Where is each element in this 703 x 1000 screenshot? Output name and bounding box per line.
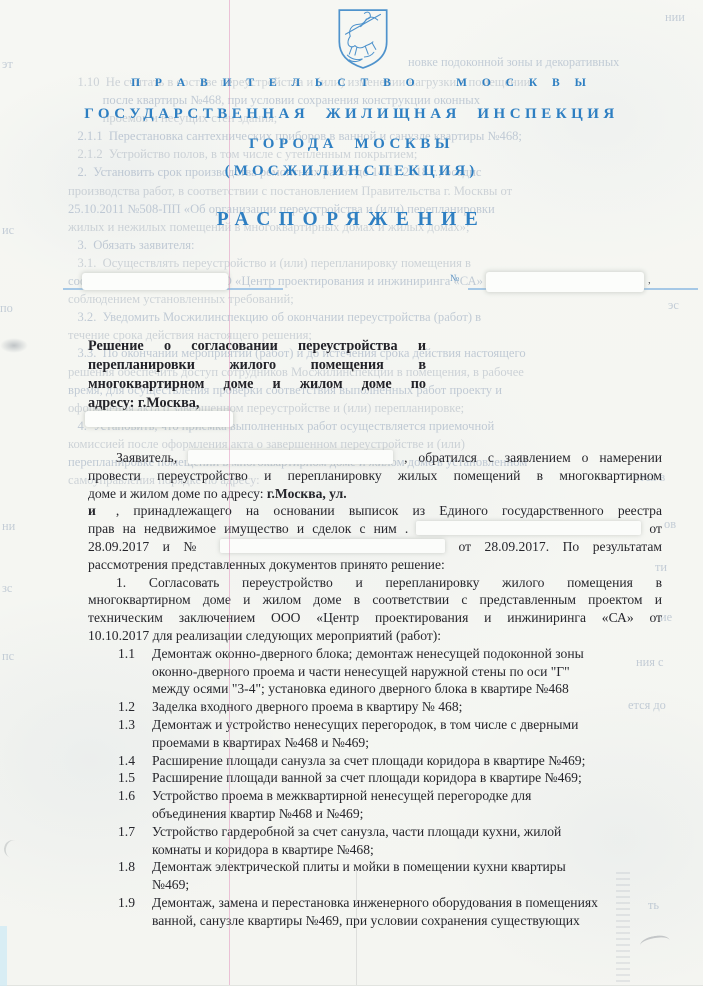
text-segment: техническим заключением ООО «Центр проек… <box>88 610 662 625</box>
redaction-registry-number <box>220 539 445 553</box>
text-segment: прав на недвижимое имущество и сделок с … <box>88 521 408 536</box>
text-segment: от 28.09.2017. По результатам <box>459 539 663 554</box>
list-item-number: 1.8 <box>118 858 152 894</box>
redaction-applicant-name <box>188 450 393 464</box>
subject-line: многоквартирном доме и жилом доме по <box>88 375 426 394</box>
ink-smudge <box>0 338 28 353</box>
list-item: 1.9 Демонтаж, замена и перестановка инже… <box>88 894 662 930</box>
handwritten-mark: , <box>648 274 651 286</box>
bleedthrough-fragment: нии <box>665 10 685 25</box>
list-item: 1.3 Демонтаж и устройство ненесущих пере… <box>88 716 662 752</box>
bleedthrough-text-line: соблюдением установленных требований; <box>68 290 700 308</box>
text-segment: , принадлежащего на основании выписок из… <box>116 503 662 518</box>
scanned-document-page: 1.10 Не считать в составе переустройства… <box>0 0 703 1000</box>
bleedthrough-text-line: 3.2. Уведомить Мосжилинспекцию об оконча… <box>68 308 700 326</box>
list-item: 1.2 Заделка входного дверного проема в к… <box>88 698 662 716</box>
text-segment: рассмотрения представленных документов п… <box>88 557 445 572</box>
subject-line: Решение о согласовании переустройства и <box>88 337 426 356</box>
list-item: 1.1 Демонтаж оконно-дверного блока; демо… <box>88 645 662 698</box>
redaction-date <box>82 273 228 290</box>
bleedthrough-fragment: эт <box>2 57 13 72</box>
list-item: 1.8 Демонтаж электрической плиты и мойки… <box>88 858 662 894</box>
list-item-number: 1.3 <box>118 716 152 752</box>
body-line: многоквартирном доме и жилом доме в соот… <box>88 591 662 609</box>
bleedthrough-fragment: новке подоконной зоны и декоративных <box>408 55 619 70</box>
work-items-list: 1.1 Демонтаж оконно-дверного блока; демо… <box>88 645 662 930</box>
organization-name-line1: ГОСУДАРСТВЕННАЯ ЖИЛИЩНАЯ ИНСПЕКЦИЯ <box>0 106 703 123</box>
list-item-number: 1.2 <box>118 698 152 716</box>
list-item: 1.5 Расширение площади ванной за счет пл… <box>88 769 662 787</box>
bleedthrough-text-line: производства работ, в соответствии с пос… <box>68 182 700 200</box>
text-segment: 1. Согласовать переустройство и переплан… <box>116 575 662 590</box>
bleedthrough-fragment: пс <box>2 649 14 664</box>
organization-short-name: (МОСЖИЛИНСПЕКЦИЯ) <box>0 163 703 180</box>
fold-crease-line <box>356 868 357 985</box>
text-segment-bold: г.Москва, ул. <box>267 486 347 501</box>
redaction-address <box>85 411 233 427</box>
body-line: 28.09.2017 и № от 28.09.2017. По результ… <box>88 538 662 556</box>
document-body: Заявитель, , обратился с заявлением о на… <box>88 449 662 930</box>
moscow-coat-of-arms-icon <box>336 6 390 72</box>
scan-edge-artifact <box>0 926 7 986</box>
subject-heading: Решение о согласовании переустройства и … <box>88 337 426 413</box>
list-item-number: 1.7 <box>118 823 152 859</box>
bleedthrough-fragment: зс <box>2 581 12 596</box>
bleedthrough-text-line: 3.1. Осуществлять переустройство и (или)… <box>68 254 700 272</box>
list-item-number: 1.5 <box>118 769 152 787</box>
text-segment: , обратился с заявлением о намерении <box>404 450 662 465</box>
text-segment: 28.09.2017 и № <box>88 539 207 554</box>
text-segment: 10.10.2017 для реализации следующих меро… <box>88 628 441 643</box>
body-line: 1. Согласовать переустройство и переплан… <box>88 574 662 592</box>
bleedthrough-text-line: 3. Обязать заявителя: <box>68 236 700 254</box>
list-item-number: 1.9 <box>118 894 152 930</box>
text-segment: от <box>649 521 662 536</box>
list-item: 1.7 Устройство гардеробной за счет сануз… <box>88 823 662 859</box>
body-line: прав на недвижимое имущество и сделок с … <box>88 520 662 538</box>
body-line: провести переустройство и перепланировку… <box>88 467 662 485</box>
list-item-number: 1.1 <box>118 645 152 698</box>
body-line: техническим заключением ООО «Центр проек… <box>88 609 662 627</box>
bleedthrough-fragment: эс <box>668 298 679 313</box>
text-segment: многоквартирном доме и жилом доме в соот… <box>88 592 662 607</box>
list-item: 1.4 Расширение площади санузла за счет п… <box>88 752 662 770</box>
list-item: 1.6 Устройство проема в межквартирной не… <box>88 787 662 823</box>
text-segment: провести переустройство и перепланировку… <box>88 468 662 483</box>
body-line: доме и жилом доме по адресу: г.Москва, у… <box>88 485 662 503</box>
text-segment-bold: и <box>88 503 96 518</box>
body-line: Заявитель, , обратился с заявлением о на… <box>88 449 662 467</box>
bleedthrough-fragment: по <box>0 301 13 316</box>
text-segment: Заявитель, <box>116 450 177 465</box>
scanner-streak-line <box>229 0 230 985</box>
number-sign-label: № <box>450 274 459 284</box>
bleedthrough-fragment: ов <box>664 517 676 532</box>
list-item-number: 1.4 <box>118 752 152 770</box>
body-line: и, принадлежащего на основании выписок и… <box>88 502 662 520</box>
organization-name-line2: ГОРОДА МОСКВЫ <box>0 136 703 153</box>
subject-line: перепланировки жилого помещения в <box>88 356 426 375</box>
redaction-number <box>486 272 644 292</box>
body-line: рассмотрения представленных документов п… <box>88 556 662 574</box>
document-type-title: РАСПОРЯЖЕНИЕ <box>0 209 703 231</box>
body-line: 10.10.2017 для реализации следующих меро… <box>88 627 662 645</box>
text-segment: доме и жилом доме по адресу: <box>88 486 267 501</box>
list-item-number: 1.6 <box>118 787 152 823</box>
redaction-registry-entry <box>416 521 641 535</box>
government-title: П Р А В И Т Е Л Ь С Т В О М О С К В Ы <box>10 77 703 89</box>
bleedthrough-fragment: ни <box>2 519 15 534</box>
